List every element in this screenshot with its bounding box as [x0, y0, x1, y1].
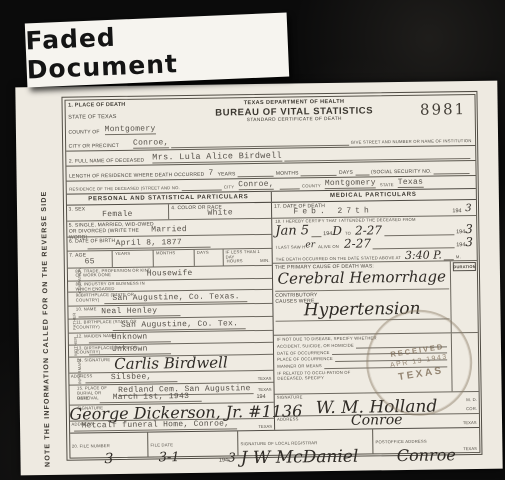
file-number-label: 20. FILE NUMBER [72, 443, 110, 449]
county-label: COUNTY OF [68, 129, 99, 135]
alive-label: ALIVE ON [318, 245, 339, 250]
field-registrar-signature: SIGNATURE OF LOCAL REGISTRAR J W McDanie… [237, 429, 372, 455]
occupation-note-label: IF RELATED TO OCCU-PATION OF DECEASED, S… [277, 371, 366, 382]
residence-length-label: LENGTH OF RESIDENCE WHERE DEATH OCCURRED [69, 171, 204, 179]
manner-label: MANNER OR MEANS [277, 364, 322, 369]
personal-column: Occupation FATHER MOTHER Informant 3. SE… [66, 202, 274, 432]
age-years-value: 65 [67, 258, 112, 267]
po-label: POSTOFFICE ADDRESS [375, 438, 427, 444]
city-label: CITY OR PRECINCT [69, 142, 119, 149]
attended-to-year: 3 [465, 223, 473, 235]
death-date-year: 3 [465, 204, 472, 214]
last-saw-label: I LAST SAW H [276, 245, 306, 250]
death-time-value: 3:40 P. [405, 249, 442, 261]
burial-date-label: DATE [77, 397, 89, 402]
sex-value: Female [67, 210, 169, 219]
funeral-director-signature: George Dickerson, Jr. #1136 [69, 403, 274, 422]
texas-edge-label: TEXAS [258, 387, 272, 392]
father-birthplace-value: San Augustine, Co. Tex. [113, 320, 246, 331]
county-value: Montgomery [105, 125, 156, 135]
margin-note: NOTE THE INFORMATION CALLED FOR ON THE R… [40, 167, 51, 467]
certificate-number-block: 8981 [388, 94, 474, 132]
file-date-value: 3-1 [159, 451, 180, 464]
informant-signature: Carlis Birdwell [69, 355, 274, 373]
header-row: 1. PLACE OF DEATH STATE OF TEXAS COUNTY … [65, 94, 474, 137]
file-number-value: 3 [72, 451, 146, 466]
registrar-signature: J W McDaniel [241, 448, 371, 467]
primary-cause-value: Cerebral Hemorrhage [273, 270, 451, 287]
last-saw-year: 3 [465, 236, 473, 248]
field-file-number: 20. FILE NUMBER 3 [70, 432, 148, 457]
age-years-label: YEARS [115, 252, 151, 257]
field-informant-signature: 14. SIGNATURE Carlis Birdwell [69, 354, 274, 372]
field-funeral-signature: SIGNATURE George Dickerson, Jr. #1136 [69, 402, 274, 420]
side-label-father: FATHER [71, 312, 76, 329]
res-city-label: CITY [224, 185, 234, 190]
file-date-label: FILE DATE [150, 442, 173, 447]
year-prefix: 194 [219, 457, 228, 463]
last-saw-value: 2-27 [344, 237, 371, 249]
duration-label: DURATION [452, 262, 475, 271]
age-days-label: DAYS [197, 251, 221, 256]
street-note: GIVE STREET AND NUMBER OR NAME OF INSTIT… [351, 139, 472, 146]
faded-document-slip: Faded Document [25, 13, 289, 88]
res-state-value: Texas [398, 178, 424, 187]
full-name-value: Mrs. Lula Alice Birdwell [152, 152, 282, 163]
res-county-value: Montgomery [325, 179, 376, 189]
scanned-document-photo: Faded Document NOTE THE INFORMATION CALL… [0, 0, 505, 480]
death-certificate-paper: NOTE THE INFORMATION CALLED FOR ON THE R… [15, 81, 502, 476]
city-value: Conroe, [133, 139, 169, 148]
burial-date-value: March 1st, 1943 [100, 393, 202, 403]
birth-date-value: April 8, 1877 [87, 239, 210, 250]
place-of-death-block: 1. PLACE OF DEATH STATE OF TEXAS COUNTY … [65, 98, 200, 137]
res-city-value: Conroe, [238, 180, 274, 189]
md-label: M. D. [466, 398, 477, 403]
last-saw-her: er [305, 241, 315, 250]
cor-label: COR. [466, 407, 477, 412]
not-disease-label: IF NOT DUE TO DISEASE, SPECIFY WHETHER [277, 336, 377, 342]
occurrence-date-label: DATE OF OCCURRENCE [277, 351, 330, 357]
age-min-label: MIN. [260, 259, 270, 264]
file-date-year: 3 [228, 451, 236, 463]
slip-label: Faded Document [25, 16, 289, 85]
side-label-occupation: Occupation [76, 268, 81, 297]
side-label-informant: Informant [76, 358, 81, 385]
residence-label: RESIDENCE OF THE DECEASED (STREET AND NO… [69, 186, 180, 192]
ssn-label: (SOCIAL SECURITY NO. [371, 168, 432, 175]
state-label: STATE OF TEXAS [68, 112, 197, 120]
year-prefix: 194 [323, 231, 332, 237]
father-name-value: Neal Henley [78, 307, 180, 317]
death-date-value: Feb. 27th [272, 207, 394, 217]
place-of-death-label: 1. PLACE OF DEATH [68, 100, 197, 108]
attended-from-year: D [332, 225, 342, 237]
mother-name-value: Unknown [89, 333, 171, 343]
attended-to-value: 2-27 [355, 224, 382, 236]
year-prefix: 194 [452, 208, 461, 214]
side-label-mother: MOTHER [72, 336, 77, 355]
department-header: TEXAS DEPARTMENT OF HEALTH BUREAU OF VIT… [200, 96, 389, 136]
stamp-texas: TEXAS [397, 365, 444, 383]
days-label: DAYS [339, 169, 353, 175]
attended-from-value: Jan 5 [275, 224, 309, 237]
texas-edge-label: TEXAS [258, 423, 272, 428]
residence-years-value: 7 [208, 169, 213, 177]
accident-label: ACCIDENT, SUICIDE, OR HOMICIDE [277, 344, 354, 350]
certificate-number: 8981 [420, 100, 466, 119]
texas-edge-label: TEXAS [258, 376, 272, 381]
field-file-date: FILE DATE 3-1 194 3 [147, 431, 237, 456]
registrar-sig-label: SIGNATURE OF LOCAL REGISTRAR [240, 440, 317, 446]
race-value: White [169, 209, 271, 218]
informant-addr-value: Silsbee, [85, 373, 177, 383]
months-label: MONTHS [276, 170, 299, 176]
texas-edge-label: TEXAS [463, 445, 477, 450]
occurrence-place-label: PLACE OF OCCURRENCE [277, 357, 333, 363]
po-value: Conroe [376, 446, 478, 463]
full-name-label: 2. FULL NAME OF DECEASED [69, 157, 145, 164]
years-label: YEARS [218, 171, 236, 177]
res-county-label: COUNTY [302, 184, 321, 189]
year-prefix: 194 [456, 242, 465, 248]
year-prefix: 194 [256, 394, 265, 400]
age-months-label: MONTHS [156, 251, 192, 256]
field-postoffice-address: POSTOFFICE ADDRESS Conroe TEXAS [372, 427, 479, 452]
res-state-label: STATE [380, 183, 394, 188]
year-prefix: 194 [456, 229, 465, 235]
field-certification: 18. I HEREBY CERTIFY THAT I ATTENDED THE… [272, 215, 476, 263]
texas-edge-label: TEXAS [463, 420, 477, 425]
